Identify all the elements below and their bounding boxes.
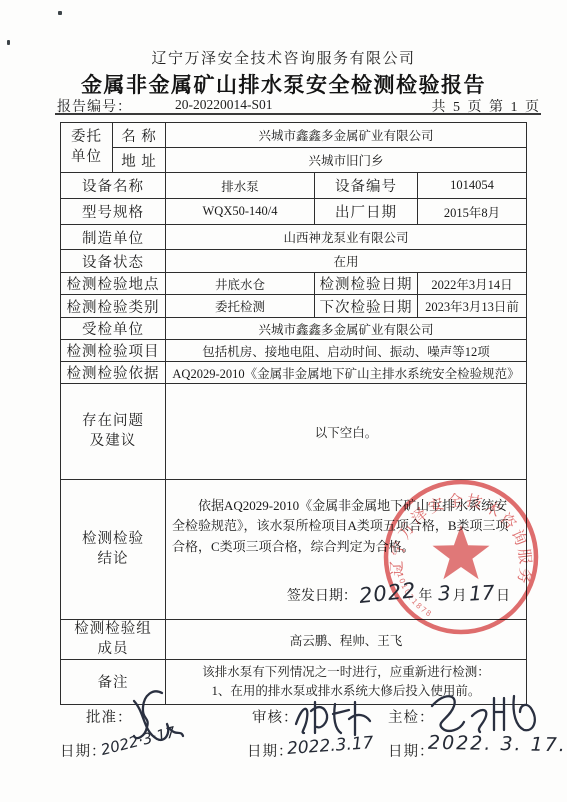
report-page: 辽宁万泽安全技术咨询服务有限公司 金属非金属矿山排水泵安全检测检验报告 报告编号… [0,0,567,802]
conclusion-cell: 依据AQ2029-2010《金属非金属地下矿山主排水系统安全检验规范》，该水泵所… [166,480,527,620]
report-number-line: 报告编号： 20-20220014-S01 共 5 页 第 1 页 [57,96,541,114]
client-name-value: 兴城市鑫鑫多金属矿业有限公司 [166,123,527,148]
issuing-company-name: 辽宁万泽安全技术咨询服务有限公司 [0,47,567,68]
insp-date-label: 检测检验日期 [315,273,418,295]
basis-value: AQ2029-2010《金属非金属地下矿山主排水系统安全检验规范》 [166,362,527,384]
inspected-unit-label: 受检单位 [61,318,166,340]
issue-year-unit: 年 [418,589,432,604]
report-number: 20-20220014-S01 [175,97,273,113]
issue-day-unit: 日 [496,589,510,604]
issue-day-handwritten: 17 [468,580,495,605]
device-name-label: 设备名称 [61,173,166,199]
team-label: 检测检验组 成员 [61,620,166,660]
table-row: 设备状态 在用 [61,250,527,273]
issue-month-unit: 月 [453,589,467,604]
table-row: 检测检验 结论 依据AQ2029-2010《金属非金属地下矿山主排水系统安全检验… [61,480,527,620]
status-value: 在用 [166,250,527,273]
conclusion-label-line2: 结论 [63,550,163,570]
mfg-date-label: 出厂日期 [315,199,418,225]
insp-date-value: 2022年3月14日 [418,273,527,295]
items-value: 包括机房、接地电阻、启动时间、振动、噪声等12项 [166,340,527,362]
manufacturer-value: 山西神龙泵业有限公司 [166,225,527,250]
table-row: 型号规格 WQX50-140/4 出厂日期 2015年8月 [61,199,527,225]
team-label-line1: 检测检验组 [63,620,163,640]
issue-year-handwritten: 2022 [358,578,418,608]
insp-type-label: 检测检验类别 [61,295,166,318]
problems-label: 存在问题 及建议 [61,384,166,480]
problems-value: 以下空白。 [166,384,527,480]
table-row: 委托 单位 名 称 兴城市鑫鑫多金属矿业有限公司 [61,123,527,148]
client-address-label: 地 址 [113,148,166,173]
next-date-value: 2023年3月13日前 [418,295,527,318]
manufacturer-label: 制造单位 [61,225,166,250]
team-value: 高云鹏、程帅、王飞 [166,620,527,660]
issue-date-label: 签发日期： [287,589,357,604]
table-row: 检测检验组 成员 高云鹏、程帅、王飞 [61,620,527,660]
table-row: 检测检验类别 委托检测 下次检验日期 2023年3月13日前 [61,295,527,318]
insp-type-value: 委托检测 [166,295,315,318]
header-rule [55,113,541,115]
table-row: 受检单位 兴城市鑫鑫多金属矿业有限公司 [61,318,527,340]
client-address-value: 兴城市旧门乡 [166,148,527,173]
status-label: 设备状态 [61,250,166,273]
table-row: 存在问题 及建议 以下空白。 [61,384,527,480]
scan-speck [7,40,10,45]
device-no-value: 1014054 [418,173,527,199]
client-group-label: 委托 单位 [61,123,113,173]
review-signature-handwriting [290,694,380,740]
model-label: 型号规格 [61,199,166,225]
issue-month-handwritten: 3 [437,580,451,605]
report-table: 委托 单位 名 称 兴城市鑫鑫多金属矿业有限公司 地 址 兴城市旧门乡 设备名称… [60,122,527,705]
location-value: 井底水仓 [166,273,315,295]
next-date-label: 下次检验日期 [315,295,418,318]
table-row: 检测检验地点 井底水仓 检测检验日期 2022年3月14日 [61,273,527,295]
client-group-line1: 委托 [63,128,110,148]
problems-label-line1: 存在问题 [63,412,163,432]
device-name-value: 排水泵 [166,173,315,199]
chief-signature-handwriting [424,686,544,741]
conclusion-text: 依据AQ2029-2010《金属非金属地下矿山主排水系统安全检验规范》，该水泵所… [168,494,524,558]
issue-date-line: 签发日期：2022年 3月17日 [168,581,524,605]
mfg-date-value: 2015年8月 [418,199,527,225]
table-row: 检测检验依据 AQ2029-2010《金属非金属地下矿山主排水系统安全检验规范》 [61,362,527,384]
table-row: 设备名称 排水泵 设备编号 1014054 [61,173,527,199]
client-name-label: 名 称 [113,123,166,148]
inspected-unit-value: 兴城市鑫鑫多金属矿业有限公司 [166,318,527,340]
team-label-line2: 成员 [63,640,163,660]
table-row: 检测检验项目 包括机房、接地电阻、启动时间、振动、噪声等12项 [61,340,527,362]
problems-label-line2: 及建议 [63,432,163,452]
report-title: 金属非金属矿山排水泵安全检测检验报告 [0,69,567,99]
conclusion-label-line1: 检测检验 [63,530,163,550]
client-group-line2: 单位 [63,148,110,168]
items-label: 检测检验项目 [61,340,166,362]
remark-line1: 该排水泵有下列情况之一时进行，应重新进行检测： [174,663,518,682]
approve-signature-handwriting [122,686,194,744]
conclusion-label: 检测检验 结论 [61,480,166,620]
scan-speck [58,11,62,15]
basis-label: 检测检验依据 [61,362,166,384]
table-row: 地 址 兴城市旧门乡 [61,148,527,173]
table-row: 制造单位 山西神龙泵业有限公司 [61,225,527,250]
location-label: 检测检验地点 [61,273,166,295]
device-no-label: 设备编号 [315,173,418,199]
model-value: WQX50-140/4 [166,199,315,225]
